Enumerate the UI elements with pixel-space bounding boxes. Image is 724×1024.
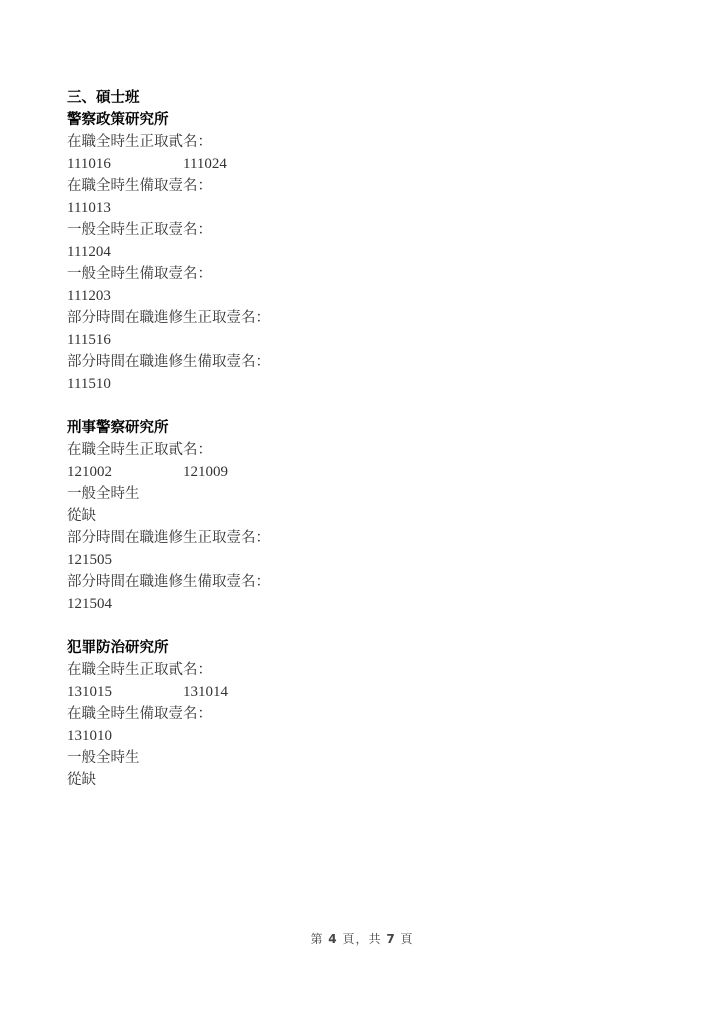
exam-number: 131010 [67, 728, 112, 744]
exam-number: 121002 [67, 464, 112, 480]
admission-numbers: 111204 [67, 241, 667, 263]
footer-total-pages: 7 [386, 932, 395, 946]
exam-number: 121505 [67, 552, 112, 568]
category-label: 部分時間在職進修生正取壹名： [67, 527, 667, 549]
exam-number: 111203 [67, 288, 111, 304]
section-spacer [67, 615, 667, 637]
exam-number: 121009 [183, 461, 228, 483]
exam-number: 111204 [67, 244, 111, 260]
exam-number: 131015 [67, 684, 112, 700]
category-label: 從缺 [67, 769, 667, 791]
category-label: 在職全時生正取貳名： [67, 659, 667, 681]
category-label: 在職全時生正取貳名： [67, 131, 667, 153]
admission-numbers: 121505 [67, 549, 667, 571]
category-label: 在職全時生備取壹名： [67, 703, 667, 725]
category-label: 在職全時生正取貳名： [67, 439, 667, 461]
institute-title: 警察政策研究所 [67, 109, 667, 131]
institute-section: 刑事警察研究所在職全時生正取貳名：121002121009一般全時生從缺部分時間… [67, 417, 667, 615]
category-label: 在職全時生備取壹名： [67, 175, 667, 197]
admission-numbers: 111203 [67, 285, 667, 307]
section-heading: 三、碩士班 [67, 87, 667, 109]
exam-number: 111024 [183, 153, 227, 175]
category-label: 一般全時生 [67, 483, 667, 505]
admission-numbers: 121002121009 [67, 461, 667, 483]
admission-numbers: 131015131014 [67, 681, 667, 703]
category-label: 部分時間在職進修生正取壹名： [67, 307, 667, 329]
institute-section: 犯罪防治研究所在職全時生正取貳名：131015131014在職全時生備取壹名：1… [67, 637, 667, 791]
document-page: 三、碩士班 警察政策研究所在職全時生正取貳名：111016111024在職全時生… [67, 87, 667, 791]
category-label: 一般全時生正取壹名： [67, 219, 667, 241]
admission-numbers: 121504 [67, 593, 667, 615]
exam-number: 111516 [67, 332, 111, 348]
admission-numbers: 111510 [67, 373, 667, 395]
admission-numbers: 111013 [67, 197, 667, 219]
admission-numbers: 111516 [67, 329, 667, 351]
institute-title: 犯罪防治研究所 [67, 637, 667, 659]
category-label: 一般全時生 [67, 747, 667, 769]
category-label: 部分時間在職進修生備取壹名： [67, 351, 667, 373]
institute-section: 警察政策研究所在職全時生正取貳名：111016111024在職全時生備取壹名：1… [67, 109, 667, 395]
footer-suffix: 頁 [401, 932, 414, 946]
sections-container: 警察政策研究所在職全時生正取貳名：111016111024在職全時生備取壹名：1… [67, 109, 667, 791]
exam-number: 121504 [67, 596, 112, 612]
admission-numbers: 111016111024 [67, 153, 667, 175]
exam-number: 111013 [67, 200, 111, 216]
footer-middle: 頁，共 [342, 932, 381, 946]
category-label: 一般全時生備取壹名： [67, 263, 667, 285]
section-spacer [67, 395, 667, 417]
admission-numbers: 131010 [67, 725, 667, 747]
footer-prefix: 第 [310, 932, 323, 946]
category-label: 部分時間在職進修生備取壹名： [67, 571, 667, 593]
institute-title: 刑事警察研究所 [67, 417, 667, 439]
footer-page-number: 4 [328, 932, 337, 946]
exam-number: 111016 [67, 156, 111, 172]
page-footer: 第 4 頁，共 7 頁 [0, 930, 724, 947]
exam-number: 131014 [183, 681, 228, 703]
exam-number: 111510 [67, 376, 111, 392]
category-label: 從缺 [67, 505, 667, 527]
